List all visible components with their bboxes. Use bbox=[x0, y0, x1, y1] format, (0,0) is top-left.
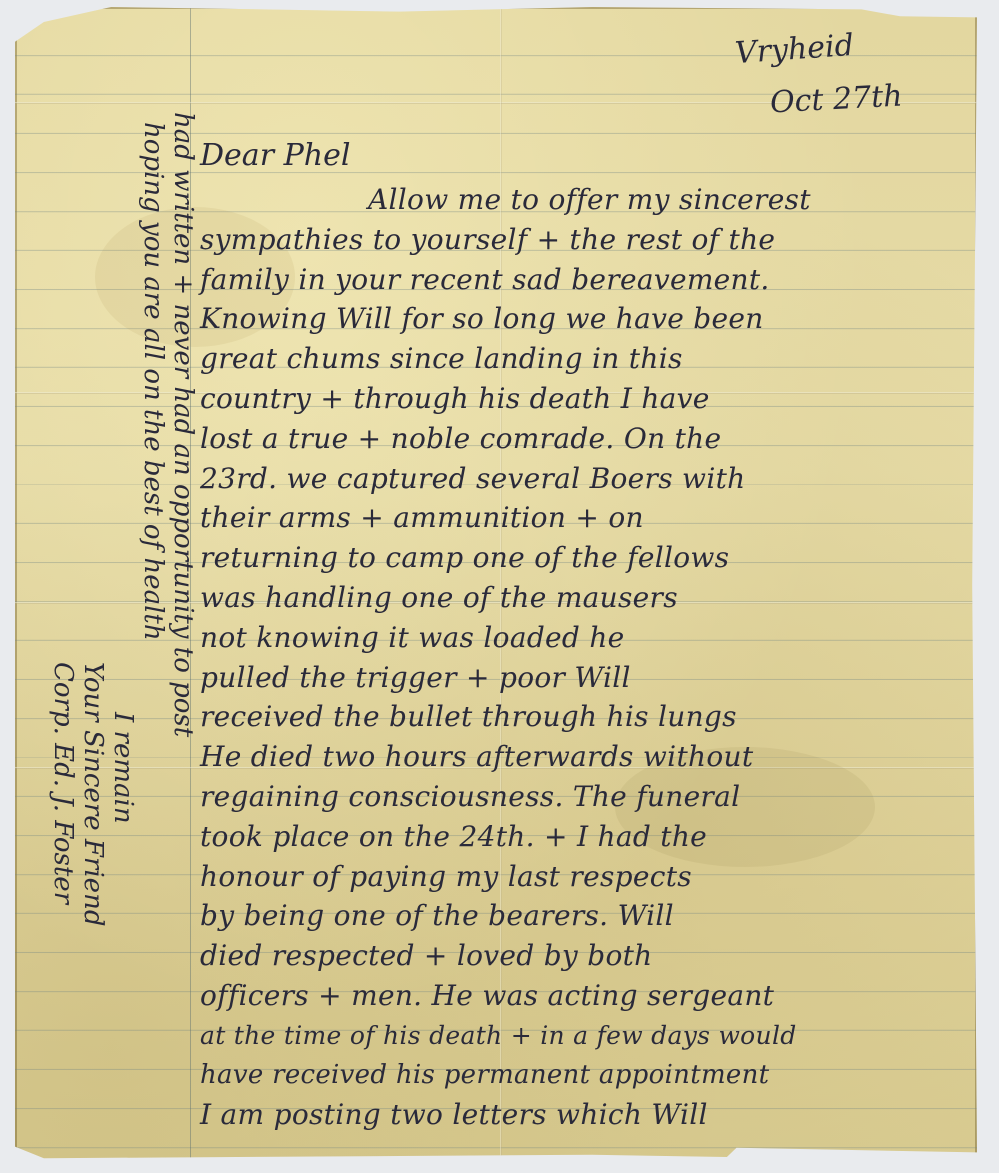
margin-note: had written + never had an opportunity t… bbox=[38, 112, 198, 1012]
margin-note-line: had written + never had an opportunity t… bbox=[168, 112, 198, 1012]
body-line: returning to camp one of the fellows bbox=[200, 538, 970, 578]
body-line: by being one of the bearers. Will bbox=[200, 896, 970, 936]
letter-body: Allow me to offer my sincerest sympathie… bbox=[200, 180, 970, 1135]
body-line: was handling one of the mausers bbox=[200, 578, 970, 618]
margin-note-closing: I remain bbox=[108, 112, 138, 1012]
body-line: lost a true + noble comrade. On the bbox=[200, 419, 970, 459]
body-line: family in your recent sad bereavement. bbox=[200, 260, 970, 300]
body-line: died respected + loved by both bbox=[200, 936, 970, 976]
body-line: country + through his death I have bbox=[200, 379, 970, 419]
margin-note-signature: Corp. Ed. J. Foster bbox=[48, 112, 78, 1012]
body-line: pulled the trigger + poor Will bbox=[200, 658, 970, 698]
body-line: officers + men. He was acting sergeant bbox=[200, 976, 970, 1016]
body-line: have received his permanent appointment bbox=[200, 1056, 970, 1096]
body-line: took place on the 24th. + I had the bbox=[200, 817, 970, 857]
body-line: great chums since landing in this bbox=[200, 339, 970, 379]
body-line: not knowing it was loaded he bbox=[200, 618, 970, 658]
body-line: received the bullet through his lungs bbox=[200, 697, 970, 737]
body-line: sympathies to yourself + the rest of the bbox=[200, 220, 970, 260]
body-line: at the time of his death + in a few days… bbox=[200, 1016, 970, 1056]
body-line: He died two hours afterwards without bbox=[200, 737, 970, 777]
body-line: regaining consciousness. The funeral bbox=[200, 777, 970, 817]
body-line: honour of paying my last respects bbox=[200, 857, 970, 897]
body-line: their arms + ammunition + on bbox=[200, 498, 970, 538]
margin-note-line: hoping you are all on the best of health bbox=[138, 112, 168, 1012]
margin-note-signoff: Your Sincere Friend bbox=[78, 112, 108, 1012]
body-line: I am posting two letters which Will bbox=[200, 1095, 970, 1135]
letter-greeting: Dear Phel bbox=[200, 138, 350, 173]
body-line: 23rd. we captured several Boers with bbox=[200, 459, 970, 499]
body-line: Knowing Will for so long we have been bbox=[200, 299, 970, 339]
body-line: Allow me to offer my sincerest bbox=[200, 180, 970, 220]
letter-date: Oct 27th bbox=[769, 79, 903, 121]
